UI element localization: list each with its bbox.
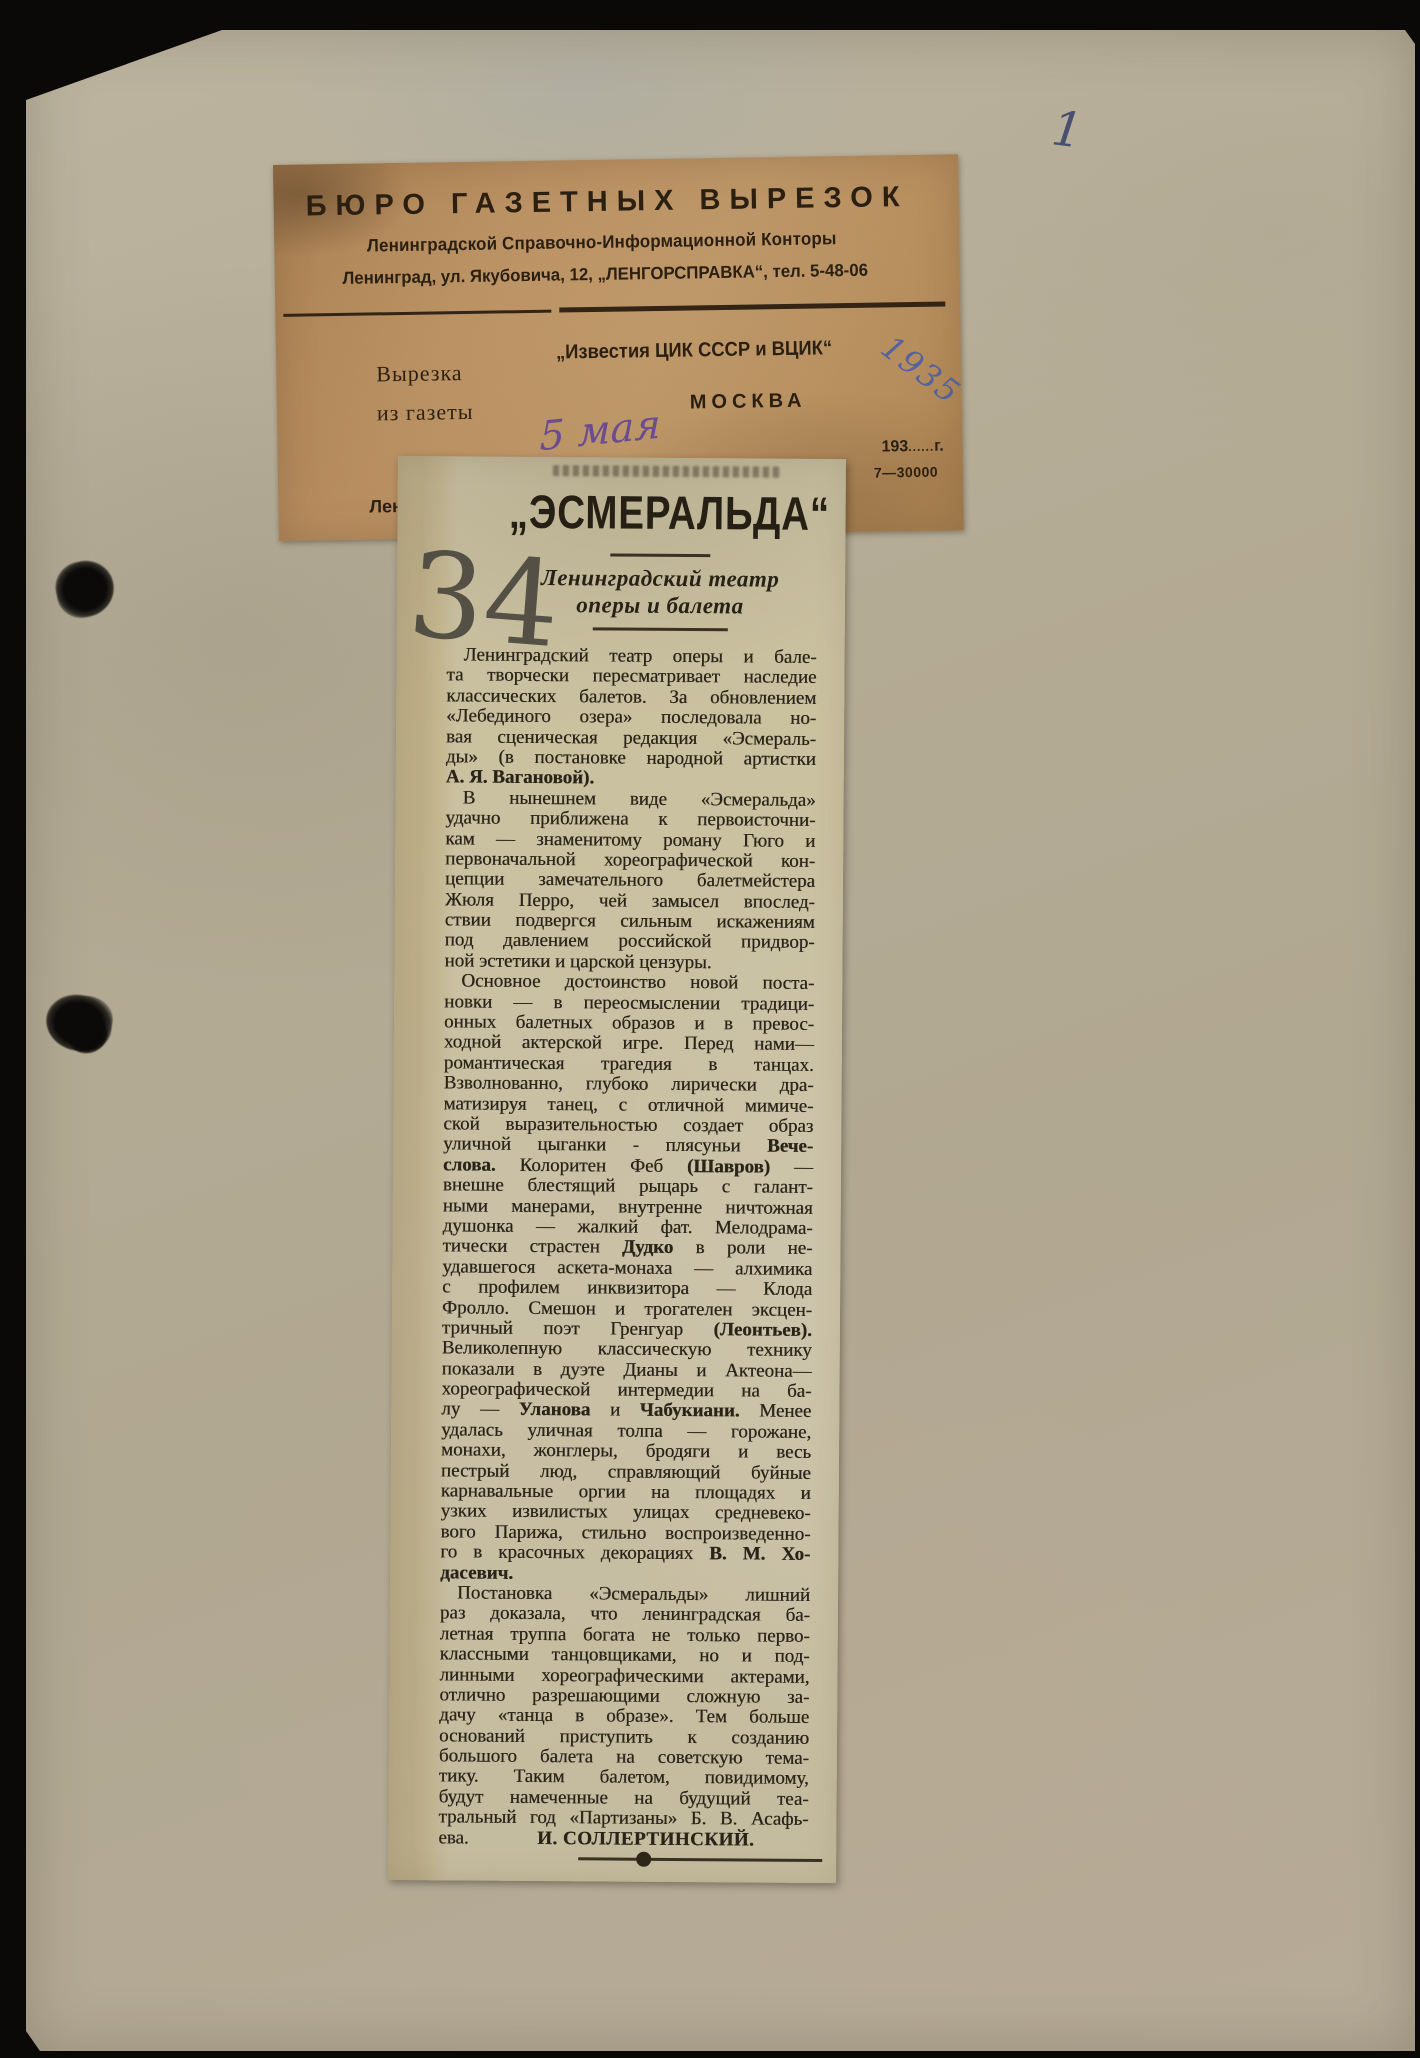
cutting-label-line2: из газеты (377, 399, 474, 427)
stamp-rule-left (283, 310, 551, 317)
year-suffix: г. (934, 438, 944, 455)
bureau-address: Ленинград, ул. Якубовича, 12, „ЛЕНГОРСПР… (288, 259, 923, 290)
end-divider (578, 1857, 822, 1862)
stamp-rule-right (559, 301, 945, 312)
print-run: 7—30000 (874, 464, 938, 481)
handwritten-date: 5 мая (539, 402, 660, 461)
bureau-title: БЮРО ГАЗЕТНЫХ ВЫРЕЗОК (273, 181, 940, 224)
faded-print-smudge (553, 465, 781, 478)
cutting-label-line1: Вырезка (376, 360, 463, 387)
newspaper-name: „Известия ЦИК СССР и ВЦИК“ (556, 338, 779, 364)
end-divider-dot (636, 1852, 651, 1867)
newspaper-clipping: 34 „ЭСМЕРАЛЬДА“ Ленинградский театр опер… (388, 456, 846, 1883)
punch-hole-top (48, 555, 123, 630)
article-body: Ленинградский театр оперы и бале-та твор… (438, 645, 816, 1851)
article-line: тральный год «Партизаны» Б. В. Асафь- (438, 1808, 808, 1831)
scanned-archive-page: 1 БЮРО ГАЗЕТНЫХ ВЫРЕЗОК Ленинградской Сп… (0, 0, 1420, 2058)
subtitle-divider (592, 627, 727, 631)
bureau-subtitle: Ленинградской Справочно-Информационной К… (294, 227, 910, 258)
handwritten-year: 1935 (874, 328, 968, 412)
signature-lead: ева. (438, 1828, 468, 1849)
handwritten-inventory-number: 34 (405, 535, 564, 664)
punch-hole-bottom (40, 985, 125, 1065)
author-signature: И. СОЛЛЕРТИНСКИЙ. (537, 1829, 754, 1851)
year-prefix: 193 (881, 438, 908, 455)
newspaper-city: МОСКВА (690, 390, 807, 415)
signature-row: ева.И. СОЛЛЕРТИНСКИЙ. (438, 1828, 808, 1851)
title-divider (610, 553, 710, 557)
year-dots: ...... (908, 440, 934, 454)
year-blank-line: 193......г. (881, 438, 944, 457)
article-title: „ЭСМЕРАЛЬДА“ (509, 484, 813, 542)
